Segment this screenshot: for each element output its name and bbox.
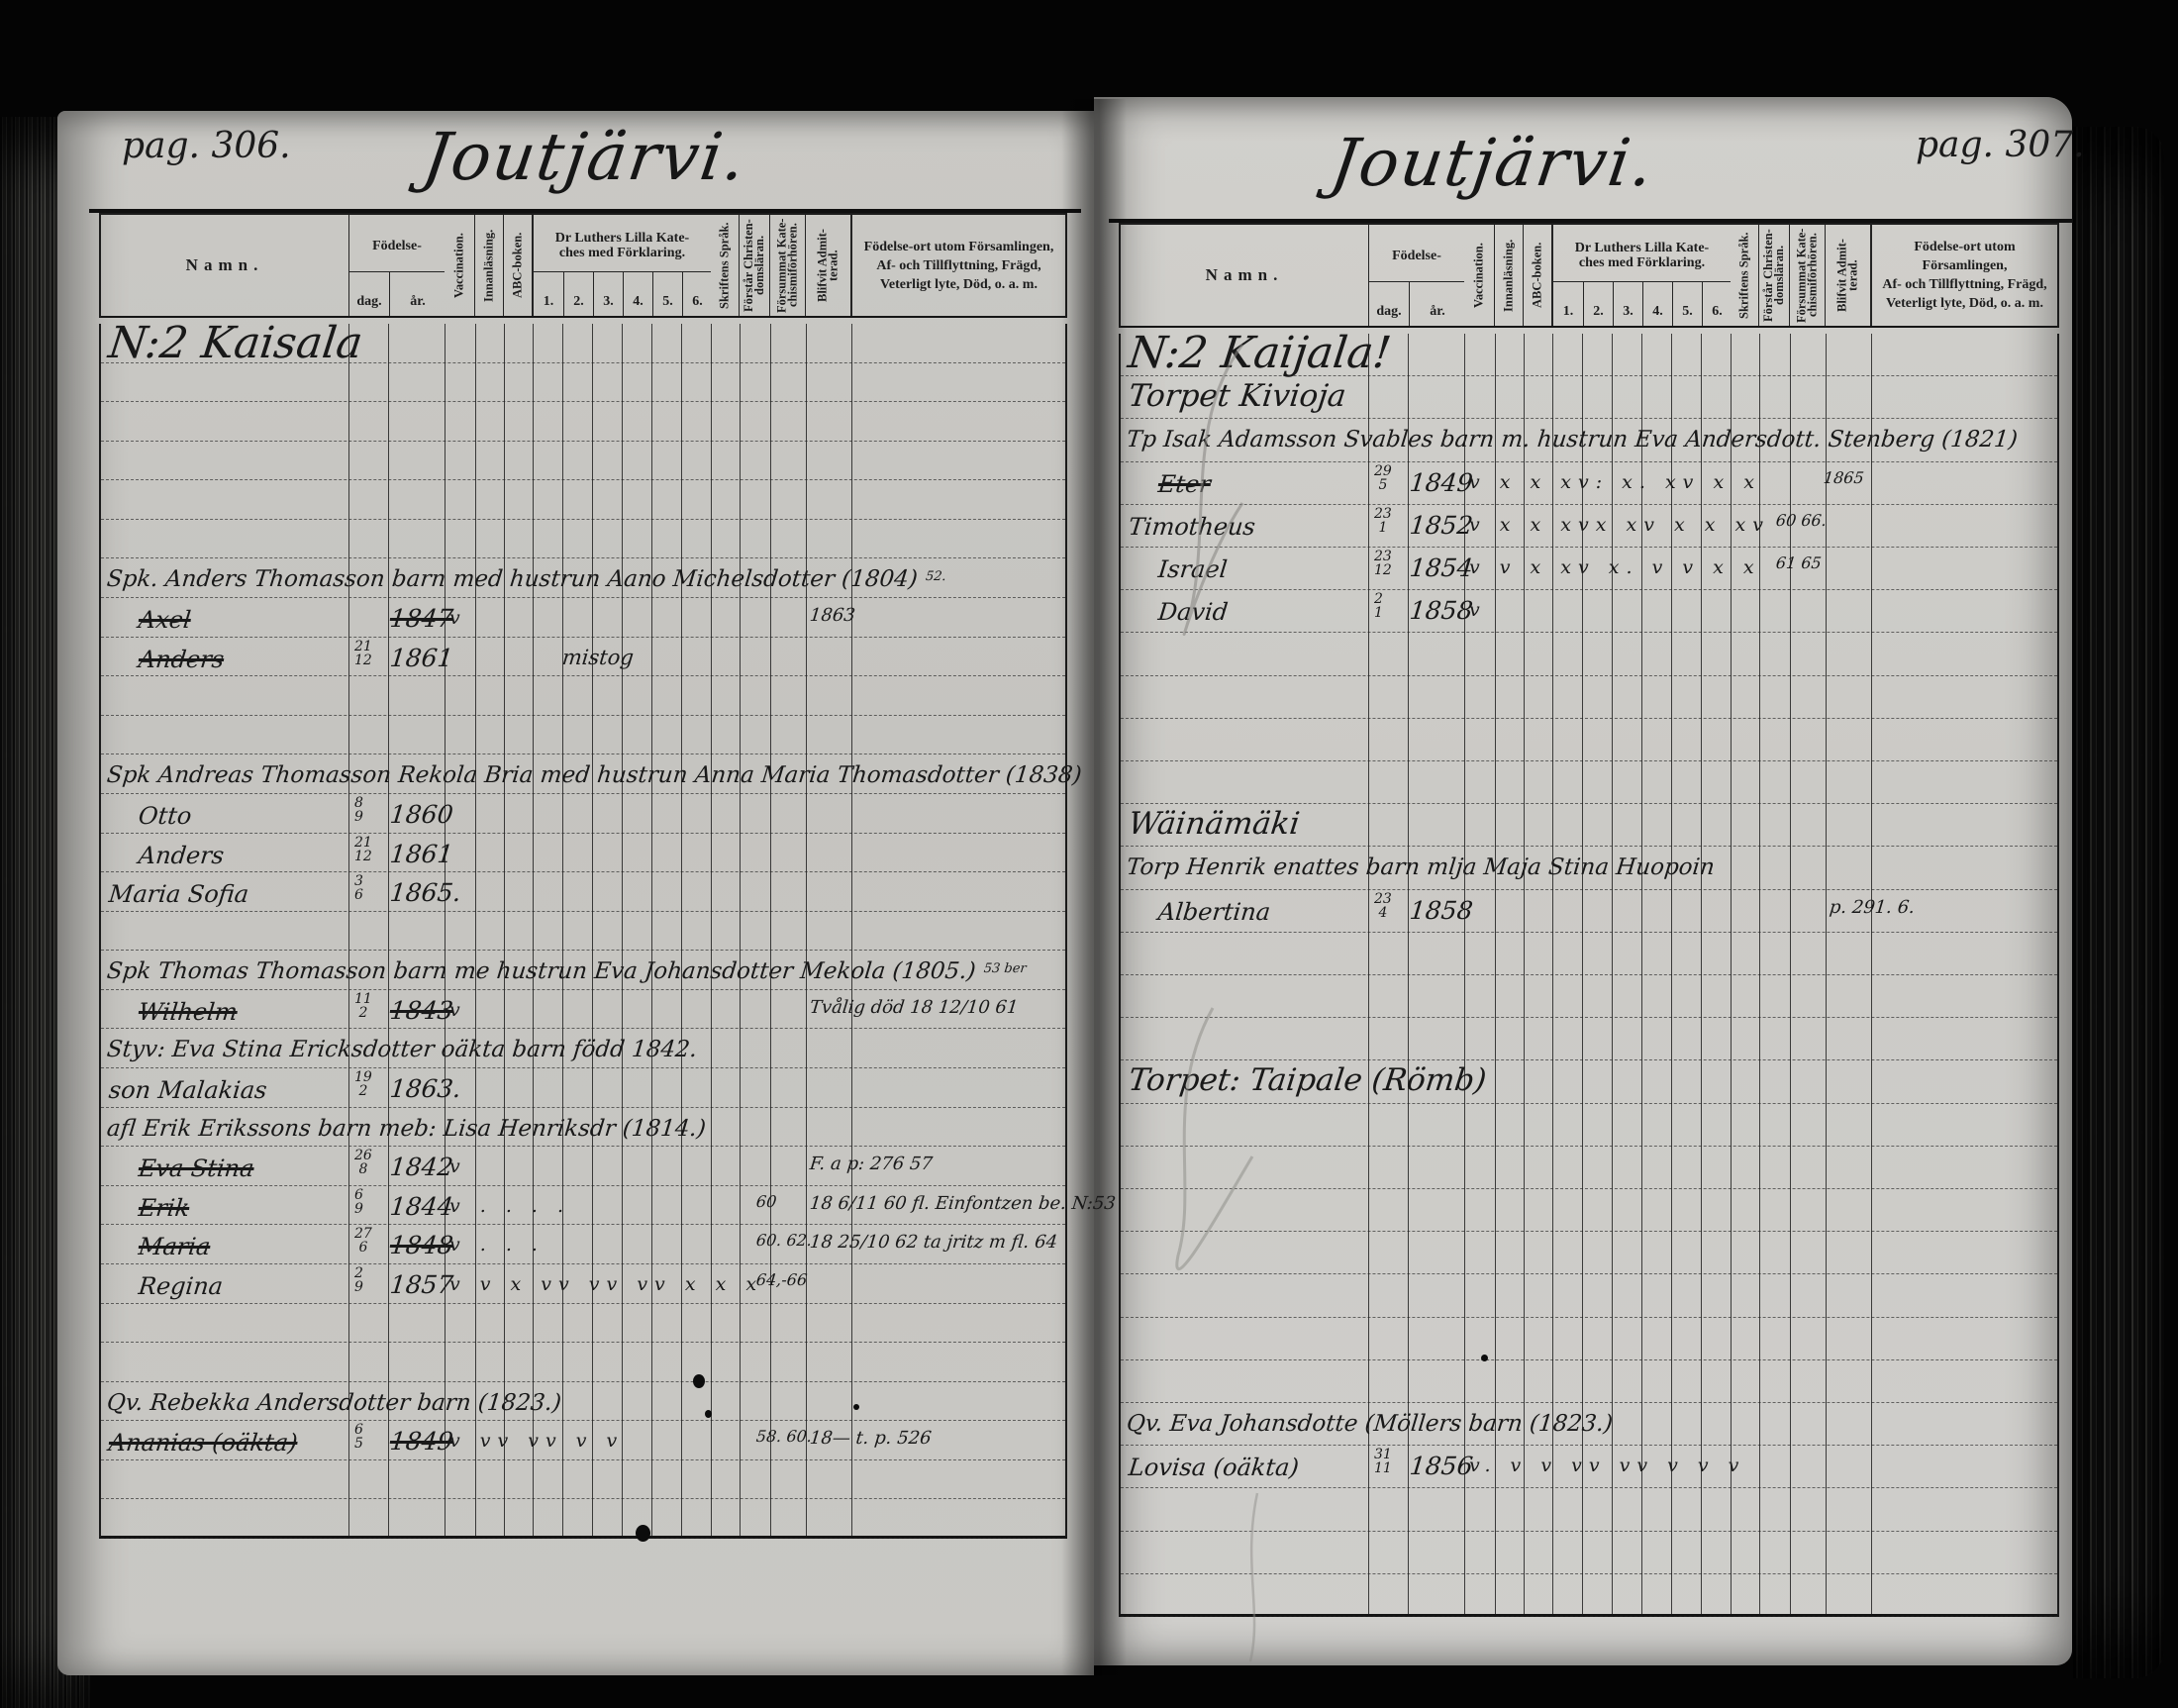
blank-row — [1121, 1147, 2057, 1189]
admitterad-value: 1865 — [1823, 468, 1865, 487]
day-numerator: 21 — [354, 836, 372, 850]
column-header-vaccination: Vaccination. — [445, 215, 475, 316]
blank-row — [1121, 1488, 2057, 1531]
table-body: N:2 KaisalaSpk. Anders Thomasson barn me… — [99, 324, 1067, 1539]
entry-row: Timotheus2311852v x x xvx xv x x xv60 66… — [1121, 505, 2057, 548]
birth-year: 1842 — [388, 1153, 454, 1181]
entry-row: Lovisa (oäkta)31111856v. v v vv vv v v v — [1121, 1446, 2057, 1488]
blank-row — [1121, 1360, 2057, 1403]
column-header-innanlasning: Innanläsning. — [1495, 225, 1524, 326]
entry-row: Axel1847v1863 — [101, 598, 1065, 638]
forsummat-value: 60 66. — [1775, 511, 1828, 530]
person-name: Israel — [1157, 555, 1229, 583]
birth-year: 1843 — [388, 996, 454, 1025]
margin-note: mistog — [561, 646, 635, 669]
handwritten-line: Spk Thomas Thomasson barn me hustrun Eva… — [106, 958, 1028, 984]
birth-day: 295 — [1374, 464, 1392, 492]
day-numerator: 23 — [1374, 550, 1392, 563]
book-scan: pag. 306. Joutjärvi. Namn.Födelse-dag.år… — [0, 0, 2178, 1708]
birth-day: 29 — [354, 1266, 363, 1294]
column-header-forsummat-katechismiforhoren: Försummat Kate- chismiförhören. — [770, 215, 806, 316]
table-header: Namn.Födelse-dag.år.Vaccination.Innanläs… — [99, 213, 1067, 318]
ink-blot — [1481, 1355, 1488, 1361]
span-row: Wäinämäki — [1121, 804, 2057, 847]
entry-row: Anders21121861 — [101, 834, 1065, 873]
ink-blot — [636, 1525, 650, 1542]
entry-row: Eter2951849v x x xv: x. xv x x1865 — [1121, 462, 2057, 505]
birth-day: 65 — [354, 1423, 363, 1451]
column-header-vaccination: Vaccination. — [1464, 225, 1495, 326]
entry-row: Eva Stina2681842vF. a p: 276 57 — [101, 1147, 1065, 1186]
day-denominator: 9 — [354, 810, 363, 824]
column-header-katekes-5: 5. — [652, 272, 682, 316]
forsummat-value: 64,-66 — [755, 1270, 808, 1289]
column-header-skriftens-sprak: Skriftens Språk. — [1731, 225, 1759, 326]
blank-row — [1121, 1018, 2057, 1060]
birth-day: 2312 — [1374, 550, 1392, 577]
person-name: Maria Sofia — [108, 880, 250, 908]
person-name: son Malakias — [108, 1076, 269, 1104]
day-numerator: 26 — [354, 1149, 372, 1162]
blank-row — [101, 1460, 1065, 1500]
sista-line: Veterligt lyte, Död, o. a. m. — [880, 275, 1038, 294]
entry-row: son Malakias1921863. — [101, 1068, 1065, 1108]
birth-year: 1849 — [1408, 468, 1474, 497]
day-denominator: 8 — [358, 1162, 367, 1176]
katekes-label: Dr Luthers Lilla Kate-ches med Förklarin… — [1553, 225, 1731, 286]
entry-row: Otto891860 — [101, 794, 1065, 834]
birth-year: 1861 — [388, 840, 454, 868]
ink-blot — [853, 1404, 859, 1410]
person-name: Ananias (oäkta) — [108, 1429, 299, 1457]
section-row: N:2 Kaijala! — [1121, 334, 2057, 376]
span-row: Torpet Kivioja — [1121, 376, 2057, 419]
day-numerator: 2 — [1374, 592, 1383, 606]
book-page-edges — [2073, 127, 2164, 1678]
column-header-katekes-3: 3. — [1613, 282, 1642, 326]
handwritten-line: Torp Henrik enattes barn mlja Maja Stina… — [1126, 854, 1717, 880]
person-name: Axel — [138, 606, 193, 634]
span-row: Tp Isak Adamsson Svables barn m. hustrun… — [1121, 419, 2057, 461]
entry-row: Albertina2341858p. 291. 6. — [1121, 890, 2057, 933]
birth-year: 1852 — [1408, 511, 1474, 540]
person-name: Otto — [138, 802, 193, 830]
span-row: Qv. Eva Johansdotte (Möllers barn (1823.… — [1121, 1403, 2057, 1446]
blank-row — [1121, 933, 2057, 975]
examination-marks: v . . . — [449, 1234, 544, 1256]
forsummat-value: 60 — [755, 1192, 777, 1211]
person-name: Maria — [138, 1233, 212, 1260]
handwritten-line: Tp Isak Adamsson Svables barn m. hustrun… — [1126, 427, 2020, 452]
parish-register-table-left: Namn.Födelse-dag.år.Vaccination.Innanläs… — [99, 213, 1067, 1539]
column-header-ar: år. — [1409, 282, 1465, 326]
blank-row — [1121, 975, 2057, 1018]
person-name: Eter — [1157, 470, 1213, 498]
column-header-fodelseort-anteckningar: Födelse-ort utom Församlingen,Af- och Ti… — [851, 215, 1065, 316]
blank-row — [1121, 1189, 2057, 1232]
birth-day: 192 — [354, 1070, 372, 1098]
blank-row — [101, 1304, 1065, 1344]
examination-marks: v. v v vv vv v v v — [1469, 1455, 1745, 1476]
remark-note: p. 291. 6. — [1829, 897, 1916, 918]
span-row: Torpet: Taipale (Römb) — [1121, 1060, 2057, 1103]
birth-year: 1854 — [1408, 553, 1474, 582]
day-denominator: 5 — [354, 1437, 363, 1451]
person-name: David — [1157, 598, 1230, 626]
birth-year: 1857 — [388, 1270, 454, 1299]
person-name: Erik — [138, 1194, 191, 1222]
sista-line: Veterligt lyte, Död, o. a. m. — [1886, 294, 2043, 313]
katekes-line2: ches med Förklaring. — [1579, 255, 1705, 270]
blank-row — [101, 912, 1065, 952]
page-number-right: pag. 307. — [1916, 125, 2085, 165]
examination-marks: v . . . . — [449, 1195, 570, 1217]
examination-marks: v v x vv vv vv x x x — [449, 1273, 763, 1295]
birth-day: 36 — [354, 874, 363, 902]
span-row: Spk. Anders Thomasson barn med hustrun A… — [101, 558, 1065, 598]
blank-row — [1121, 1274, 2057, 1317]
fodelse-label: Födelse- — [1369, 225, 1464, 286]
blank-row — [1121, 1104, 2057, 1147]
birth-day: 276 — [354, 1227, 372, 1255]
entry-row: David211858v — [1121, 590, 2057, 633]
small-annotation: 53 ber — [983, 961, 1027, 976]
page-number-left: pag. 306. — [122, 126, 291, 166]
column-header-dag: dag. — [1369, 282, 1409, 326]
column-header-katekes-6: 6. — [1702, 282, 1732, 326]
page-title-right: Joutjärvi. — [1327, 125, 1660, 201]
column-header-katekes-5: 5. — [1672, 282, 1702, 326]
birth-year: 1865. — [388, 878, 462, 907]
examination-marks: v vv vv v v — [449, 1430, 624, 1452]
day-numerator: 2 — [354, 1266, 363, 1280]
column-header-katekes-4: 4. — [1642, 282, 1672, 326]
katekes-label: Dr Luthers Lilla Kate-ches med Förklarin… — [534, 215, 711, 276]
day-denominator: 1 — [1374, 606, 1383, 620]
remark-note: Tvålig död 18 12/10 61 — [809, 997, 1020, 1018]
birth-year: 1848 — [388, 1231, 454, 1259]
katekes-subrow: 1.2.3.4.5.6. — [534, 271, 711, 316]
blank-row — [1121, 1532, 2057, 1574]
column-header-katekes-2: 2. — [563, 272, 593, 316]
day-denominator: 6 — [358, 1241, 367, 1255]
span-row: Torp Henrik enattes barn mlja Maja Stina… — [1121, 847, 2057, 889]
handwritten-line: Qv. Rebekka Andersdotter barn (1823.) — [106, 1390, 563, 1416]
column-header-katekes: Dr Luthers Lilla Kate-ches med Förklarin… — [1552, 225, 1731, 326]
handwritten-line: Torpet Kivioja — [1127, 378, 1348, 414]
fodelse-subrow: dag.år. — [349, 271, 445, 316]
person-name: Wilhelm — [138, 998, 240, 1026]
birth-day: 268 — [354, 1149, 372, 1176]
person-name: Anders — [138, 842, 226, 869]
span-row: Styv: Eva Stina Ericksdotter oäkta barn … — [101, 1029, 1065, 1068]
person-name: Timotheus — [1128, 513, 1257, 541]
remark-note: 18 6/11 60 fl. Einfontzen be. N:53 — [809, 1193, 1117, 1214]
forsummat-value: 61 65 — [1775, 553, 1823, 572]
blank-row — [1121, 1232, 2057, 1274]
parish-register-table-right: Namn.Födelse-dag.år.Vaccination.Innanläs… — [1119, 223, 2059, 1617]
sista-line: Af- och Tillflyttning, Frägd, — [876, 256, 1040, 275]
page-right: Joutjärvi. pag. 307. Namn.Födelse-dag.år… — [1094, 97, 2072, 1665]
day-numerator: 23 — [1374, 892, 1392, 906]
column-header-blifvit-admitterad: Blifvit Admit- terad. — [806, 215, 851, 316]
day-numerator: 6 — [354, 1188, 363, 1202]
remark-note: 18— t. p. 526 — [809, 1428, 933, 1449]
blank-row — [101, 363, 1065, 403]
day-numerator: 29 — [1374, 464, 1392, 478]
table-body: N:2 Kaijala!Torpet KiviojaTp Isak Adamss… — [1119, 334, 2059, 1617]
birth-day: 234 — [1374, 892, 1392, 920]
day-denominator: 6 — [354, 888, 363, 902]
examination-marks: v — [1469, 599, 1487, 621]
katekes-line1: Dr Luthers Lilla Kate- — [555, 231, 689, 246]
day-denominator: 12 — [1374, 563, 1392, 577]
entry-row: Maria Sofia361865. — [101, 872, 1065, 912]
village-heading: N:2 Kaijala! — [1126, 328, 1394, 378]
page-left: pag. 306. Joutjärvi. Namn.Födelse-dag.år… — [57, 111, 1094, 1675]
forsummat-value: 60. 62. — [755, 1231, 813, 1250]
examination-marks: v x x xv: x. xv x x — [1469, 471, 1761, 493]
birth-year: 1847 — [388, 604, 454, 633]
person-name: Anders — [138, 646, 226, 673]
katekes-subrow: 1.2.3.4.5.6. — [1553, 281, 1731, 326]
person-name: Regina — [138, 1272, 225, 1300]
ink-blot — [705, 1410, 712, 1418]
person-name: Albertina — [1157, 898, 1272, 926]
day-numerator: 23 — [1374, 507, 1392, 521]
handwritten-line: Wäinämäki — [1127, 806, 1302, 842]
fodelse-subrow: dag.år. — [1369, 281, 1464, 326]
day-numerator: 31 — [1374, 1448, 1392, 1461]
remark-note: 1863 — [809, 605, 856, 626]
day-denominator: 12 — [354, 653, 372, 667]
village-heading: N:2 Kaisala — [106, 318, 365, 368]
day-denominator: 2 — [358, 1084, 367, 1098]
column-header-ar: år. — [389, 272, 445, 316]
column-header-fodelseort-anteckningar: Födelse-ort utom Församlingen,Af- och Ti… — [1871, 225, 2057, 326]
entry-row: Wilhelm1121843vTvålig död 18 12/10 61 — [101, 990, 1065, 1030]
column-header-forsummat-katechismiforhoren: Försummat Kate- chismiförhören. — [1790, 225, 1826, 326]
day-numerator: 3 — [354, 874, 363, 888]
birth-year: 1858 — [1408, 596, 1474, 625]
table-header: Namn.Födelse-dag.år.Vaccination.Innanläs… — [1119, 223, 2059, 328]
katekes-line2: ches med Förklaring. — [559, 246, 685, 260]
column-header-namn: Namn. — [101, 215, 348, 316]
day-numerator: 11 — [354, 992, 372, 1006]
column-header-katekes-1: 1. — [1553, 282, 1583, 326]
fodelse-label: Födelse- — [349, 215, 445, 276]
blank-row — [101, 442, 1065, 481]
column-header-namn: Namn. — [1121, 225, 1368, 326]
birth-day: 89 — [354, 796, 363, 824]
handwritten-line: Torpet: Taipale (Römb) — [1127, 1062, 1489, 1098]
blank-row — [101, 480, 1065, 520]
span-row: afl Erik Erikssons barn meb: Lisa Henrik… — [101, 1108, 1065, 1148]
column-header-innanlasning: Innanläsning. — [475, 215, 504, 316]
birth-year: 1849 — [388, 1427, 454, 1456]
day-denominator: 12 — [354, 850, 372, 863]
person-name: Lovisa (oäkta) — [1128, 1454, 1301, 1481]
span-row: Spk Andreas Thomasson Rekola Bria med hu… — [101, 754, 1065, 794]
column-header-abc-boken: ABC-boken. — [504, 215, 533, 316]
birth-year: 1863. — [388, 1074, 462, 1103]
handwritten-line: Qv. Eva Johansdotte (Möllers barn (1823.… — [1126, 1411, 1615, 1437]
katekes-line1: Dr Luthers Lilla Kate- — [1575, 241, 1709, 255]
blank-row — [101, 1499, 1065, 1539]
entry-row: Anders21121861mistog — [101, 638, 1065, 677]
sista-line: Födelse-ort utom Församlingen, — [1872, 238, 2057, 275]
book-gutter-shadow — [1061, 99, 1127, 1675]
blank-row — [1121, 633, 2057, 675]
birth-year: 1860 — [388, 800, 454, 829]
birth-day: 231 — [1374, 507, 1392, 535]
birth-day: 2112 — [354, 640, 372, 667]
examination-marks: v — [449, 1155, 467, 1177]
handwritten-line: afl Erik Erikssons barn meb: Lisa Henrik… — [106, 1116, 708, 1142]
sista-line: Af- och Tillflyttning, Frägd, — [1882, 275, 2046, 294]
entry-row: Regina291857v v x vv vv vv x x x64,-66 — [101, 1264, 1065, 1304]
handwritten-line: Styv: Eva Stina Ericksdotter oäkta barn … — [106, 1037, 699, 1062]
column-header-fodelse: Födelse-dag.år. — [348, 215, 445, 316]
forsummat-value: 58. 60. — [755, 1427, 813, 1446]
blank-row — [1121, 719, 2057, 761]
birth-day: 21 — [1374, 592, 1383, 620]
blank-row — [1121, 761, 2057, 804]
blank-row — [101, 402, 1065, 442]
birth-year: 1861 — [388, 644, 454, 672]
column-header-skriftens-sprak: Skriftens Språk. — [711, 215, 740, 316]
column-header-katekes-6: 6. — [682, 272, 712, 316]
column-header-abc-boken: ABC-boken. — [1524, 225, 1552, 326]
blank-row — [101, 520, 1065, 559]
handwritten-line: Spk Andreas Thomasson Rekola Bria med hu… — [106, 762, 1083, 788]
examination-marks: v — [449, 999, 467, 1021]
blank-row — [101, 1343, 1065, 1382]
small-annotation: 52. — [925, 569, 946, 584]
day-numerator: 6 — [354, 1423, 363, 1437]
day-numerator: 8 — [354, 796, 363, 810]
day-denominator: 9 — [354, 1280, 363, 1294]
entry-row: Maria2761848v . . .60. 62.18 25/10 62 ta… — [101, 1225, 1065, 1264]
birth-year: 1844 — [388, 1192, 454, 1221]
column-header-fodelse: Födelse-dag.år. — [1368, 225, 1464, 326]
day-numerator: 21 — [354, 640, 372, 653]
birth-year: 1858 — [1408, 896, 1474, 925]
examination-marks: v — [449, 607, 467, 629]
remark-note: 18 25/10 62 ta jritz m fl. 64 — [809, 1232, 1058, 1253]
person-name: Eva Stina — [138, 1155, 255, 1182]
section-row: N:2 Kaisala — [101, 324, 1065, 363]
day-denominator: 4 — [1378, 906, 1387, 920]
birth-day: 2112 — [354, 836, 372, 863]
span-row: Spk Thomas Thomasson barn me hustrun Eva… — [101, 951, 1065, 990]
span-row: Qv. Rebekka Andersdotter barn (1823.) — [101, 1382, 1065, 1422]
sista-line: Födelse-ort utom Församlingen, — [864, 238, 1054, 256]
ink-blot — [693, 1374, 705, 1388]
birth-year: 1856 — [1408, 1452, 1474, 1480]
blank-row — [101, 676, 1065, 716]
day-denominator: 1 — [1378, 521, 1387, 535]
column-header-katekes-4: 4. — [623, 272, 652, 316]
column-header-dag: dag. — [349, 272, 389, 316]
entry-row: Ananias (oäkta)651849v vv vv v v58. 60.1… — [101, 1421, 1065, 1460]
column-header-blifvit-admitterad: Blifvit Admit- terad. — [1826, 225, 1871, 326]
column-header-katekes-2: 2. — [1583, 282, 1613, 326]
birth-day: 3111 — [1374, 1448, 1392, 1475]
blank-row — [1121, 1318, 2057, 1360]
birth-day: 112 — [354, 992, 372, 1020]
column-header-katekes: Dr Luthers Lilla Kate-ches med Förklarin… — [533, 215, 711, 316]
blank-row — [1121, 1574, 2057, 1617]
day-denominator: 9 — [354, 1202, 363, 1216]
column-header-katekes-1: 1. — [534, 272, 563, 316]
handwritten-line: Spk. Anders Thomasson barn med hustrun A… — [106, 566, 947, 592]
examination-marks: v x x xvx xv x x xv — [1469, 514, 1770, 536]
day-denominator: 2 — [358, 1006, 367, 1020]
column-header-forstar-christendomslaran: Förstår Christen- domsläran. — [740, 215, 770, 316]
column-header-forstar-christendomslaran: Förstår Christen- domsläran. — [1759, 225, 1790, 326]
entry-row: Erik691844v . . . .6018 6/11 60 fl. Einf… — [101, 1186, 1065, 1226]
blank-row — [1121, 676, 2057, 719]
remark-note: F. a p: 276 57 — [809, 1154, 934, 1174]
examination-marks: v v x xv x. v v x x — [1469, 556, 1761, 578]
birth-day: 69 — [354, 1188, 363, 1216]
entry-row: Israel23121854v v x xv x. v v x x61 65 — [1121, 548, 2057, 590]
page-title-left: Joutjärvi. — [419, 119, 752, 195]
day-numerator: 19 — [354, 1070, 372, 1084]
day-denominator: 11 — [1374, 1461, 1392, 1475]
day-numerator: 27 — [354, 1227, 372, 1241]
blank-row — [101, 716, 1065, 755]
column-header-katekes-3: 3. — [593, 272, 623, 316]
day-denominator: 5 — [1378, 478, 1387, 492]
